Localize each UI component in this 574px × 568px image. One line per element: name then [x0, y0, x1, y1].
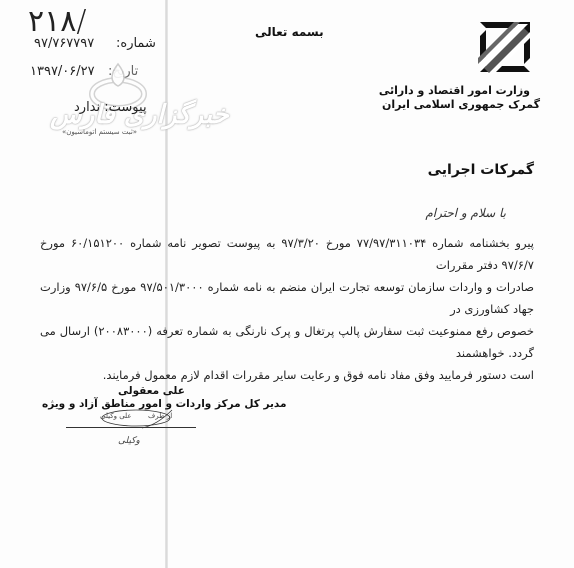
bismillah-heading: بسمه تعالی [255, 25, 324, 39]
signatory-name: علی معقولی [118, 385, 185, 397]
body-line: صادرات و واردات سازمان توسعه تجارت ایران… [40, 276, 534, 320]
signature-line [66, 427, 196, 428]
handwritten-reference-number: ۲۱۸/ [28, 4, 86, 39]
attachment-label: پیوست: [104, 100, 146, 115]
signature-initial: وکیلی [118, 436, 140, 446]
body-line: خصوص رفع ممنوعیت ثبت سفارش پالپ پرتغال و… [40, 320, 534, 364]
ministry-name: وزارت امور اقتصاد و دارائی [379, 84, 530, 97]
customs-name: گمرک جمهوری اسلامی ایران [382, 98, 540, 111]
attachment-value: ندارد [74, 100, 100, 115]
greeting-text: با سلام و احترام [425, 206, 506, 220]
number-value: ۹۷/۷۶۷۷۹۷ [34, 36, 94, 51]
attachment-field: پیوست: ندارد [74, 100, 147, 115]
letter-body: پیرو بخشنامه شماره ۷۷/۹۷/۳۱۱۰۳۴ مورخ ۹۷/… [40, 232, 534, 386]
body-line: پیرو بخشنامه شماره ۷۷/۹۷/۳۱۱۰۳۴ مورخ ۹۷/… [40, 232, 534, 276]
customs-logo-icon [474, 18, 536, 76]
letter-page: ۲۱۸/ شماره: ۹۷/۷۶۷۷۹۷ تاریخ: ۱۳۹۷/۰۶/۲۷ … [0, 0, 574, 568]
recipient-heading: گمرکات اجرایی [428, 162, 534, 178]
number-label: شماره: [116, 36, 156, 51]
body-line: است دستور فرمایید وفق مفاد نامه فوق و رع… [40, 364, 534, 386]
